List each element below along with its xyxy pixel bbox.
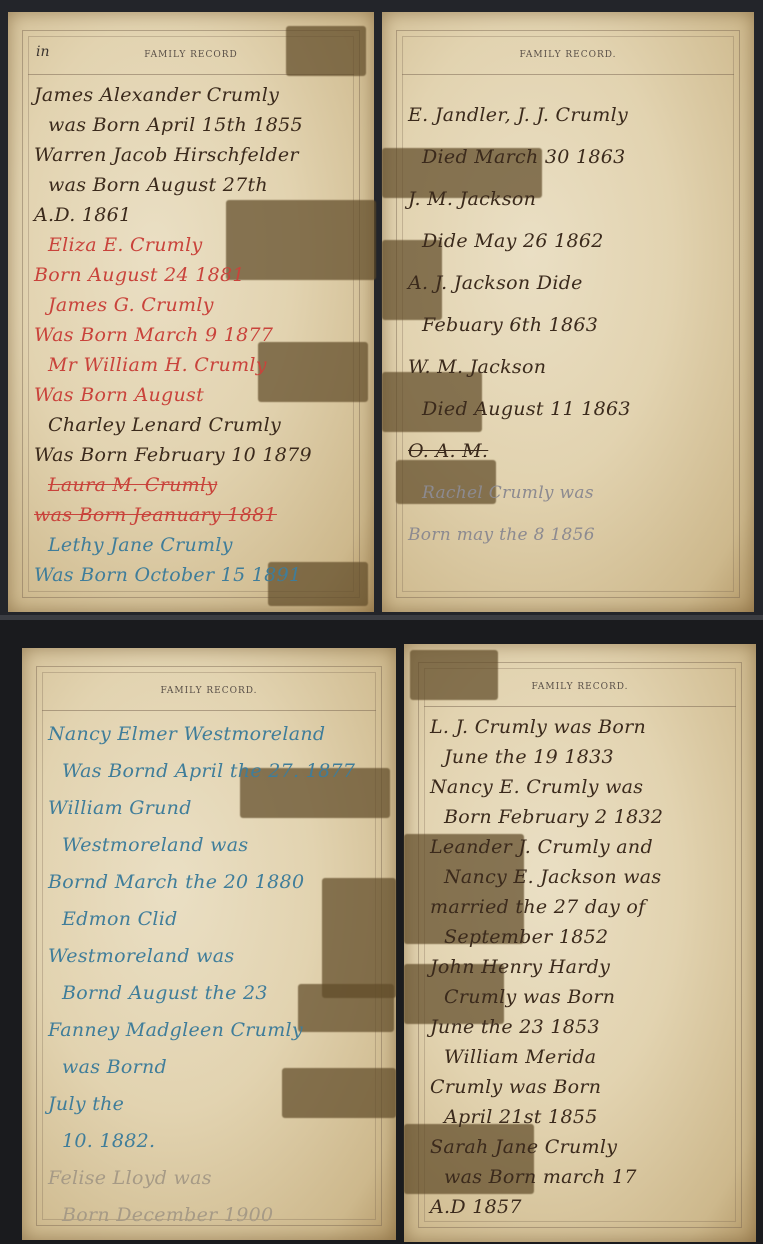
handwritten-entry: April 21st 1855 (430, 1102, 738, 1132)
handwritten-entry: L. J. Crumly was Born (430, 712, 738, 742)
handwritten-entry: Born may the 8 1856 (408, 514, 736, 556)
page-header: FAMILY RECORD. (382, 50, 754, 60)
handwritten-entry: Felise Lloyd was (48, 1160, 378, 1197)
handwritten-entry: Was Born February 10 1879 (34, 440, 356, 470)
family-record-page-top-right: FAMILY RECORD. E. Jandler, J. J. CrumlyD… (382, 12, 754, 612)
handwritten-entry: Charley Lenard Crumly (34, 410, 356, 440)
handwritten-entry: Bornd March the 20 1880 (48, 864, 378, 901)
handwritten-entry: June the 23 1853 (430, 1012, 738, 1042)
entry-list: L. J. Crumly was BornJune the 19 1833Nan… (430, 712, 738, 1222)
handwritten-entry: Crumly was Born (430, 982, 738, 1012)
handwritten-entry: Leander J. Crumly and (430, 832, 738, 862)
handwritten-entry: Sarah Jane Crumly (430, 1132, 738, 1162)
handwritten-entry: was Born August 27th (34, 170, 356, 200)
handwritten-entry: William Merida (430, 1042, 738, 1072)
handwritten-entry: Was Bornd April the 27. 1877 (48, 753, 378, 790)
handwritten-entry: Warren Jacob Hirschfelder (34, 140, 356, 170)
handwritten-entry: July the (48, 1086, 378, 1123)
family-record-page-top-left: in FAMILY RECORD James Alexander Crumlyw… (8, 12, 374, 612)
handwritten-entry: Nancy E. Crumly was (430, 772, 738, 802)
handwritten-entry: Nancy Elmer Westmoreland (48, 716, 378, 753)
handwritten-entry: married the 27 day of (430, 892, 738, 922)
handwritten-entry: Lethy Jane Crumly (34, 530, 356, 560)
handwritten-entry: Laura M. Crumly (34, 470, 356, 500)
handwritten-entry: J. M. Jackson (408, 178, 736, 220)
handwritten-entry: E. Jandler, J. J. Crumly (408, 94, 736, 136)
handwritten-entry: William Grund (48, 790, 378, 827)
handwritten-entry: Bornd August the 23 (48, 975, 378, 1012)
handwritten-entry: Edmon Clid (48, 901, 378, 938)
handwritten-entry: O. A. M. (408, 430, 736, 472)
handwritten-entry: Crumly was Born (430, 1072, 738, 1102)
handwritten-entry: 10. 1882. (48, 1123, 378, 1160)
handwritten-entry: September 1852 (430, 922, 738, 952)
handwritten-entry: Westmoreland was (48, 938, 378, 975)
entry-list: Nancy Elmer WestmorelandWas Bornd April … (48, 716, 378, 1234)
entry-list: James Alexander Crumlywas Born April 15t… (34, 80, 356, 590)
page-header: FAMILY RECORD. (22, 686, 396, 696)
handwritten-entry: A. J. Jackson Dide (408, 262, 736, 304)
handwritten-entry: W. M. Jackson (408, 346, 736, 388)
handwritten-entry: Nancy E. Jackson was (430, 862, 738, 892)
handwritten-entry: was Born Jeanuary 1881 (34, 500, 356, 530)
handwritten-entry: James Alexander Crumly (34, 80, 356, 110)
handwritten-entry: Dide May 26 1862 (408, 220, 736, 262)
tape-patch (286, 26, 366, 76)
handwritten-entry: Was Born October 15 1891 (34, 560, 356, 590)
handwritten-entry: was Born April 15th 1855 (34, 110, 356, 140)
handwritten-entry: Mr William H. Crumly (34, 350, 356, 380)
handwritten-entry: James G. Crumly (34, 290, 356, 320)
handwritten-entry: Westmoreland was (48, 827, 378, 864)
handwritten-entry: Was Born August (34, 380, 356, 410)
handwritten-entry: Was Born March 9 1877 (34, 320, 356, 350)
handwritten-entry: Fanney Madgleen Crumly (48, 1012, 378, 1049)
handwritten-entry: John Henry Hardy (430, 952, 738, 982)
handwritten-entry: was Born march 17 (430, 1162, 738, 1192)
handwritten-entry: A.D 1857 (430, 1192, 738, 1222)
handwritten-entry: Died August 11 1863 (408, 388, 736, 430)
handwritten-entry: Born December 1900 (48, 1197, 378, 1234)
tape-patch (410, 650, 498, 700)
handwritten-entry: Febuary 6th 1863 (408, 304, 736, 346)
handwritten-entry: Born February 2 1832 (430, 802, 738, 832)
handwritten-entry: A.D. 1861 (34, 200, 356, 230)
handwritten-entry: Eliza E. Crumly (34, 230, 356, 260)
family-record-page-bottom-right: FAMILY RECORD. L. J. Crumly was BornJune… (404, 644, 756, 1242)
family-record-page-bottom-left: FAMILY RECORD. Nancy Elmer WestmorelandW… (22, 648, 396, 1240)
entry-list: E. Jandler, J. J. CrumlyDied March 30 18… (408, 94, 736, 556)
handwritten-entry: Died March 30 1863 (408, 136, 736, 178)
handwritten-entry: Born August 24 1881 (34, 260, 356, 290)
handwritten-entry: Rachel Crumly was (408, 472, 736, 514)
handwritten-entry: June the 19 1833 (430, 742, 738, 772)
handwritten-entry: was Bornd (48, 1049, 378, 1086)
